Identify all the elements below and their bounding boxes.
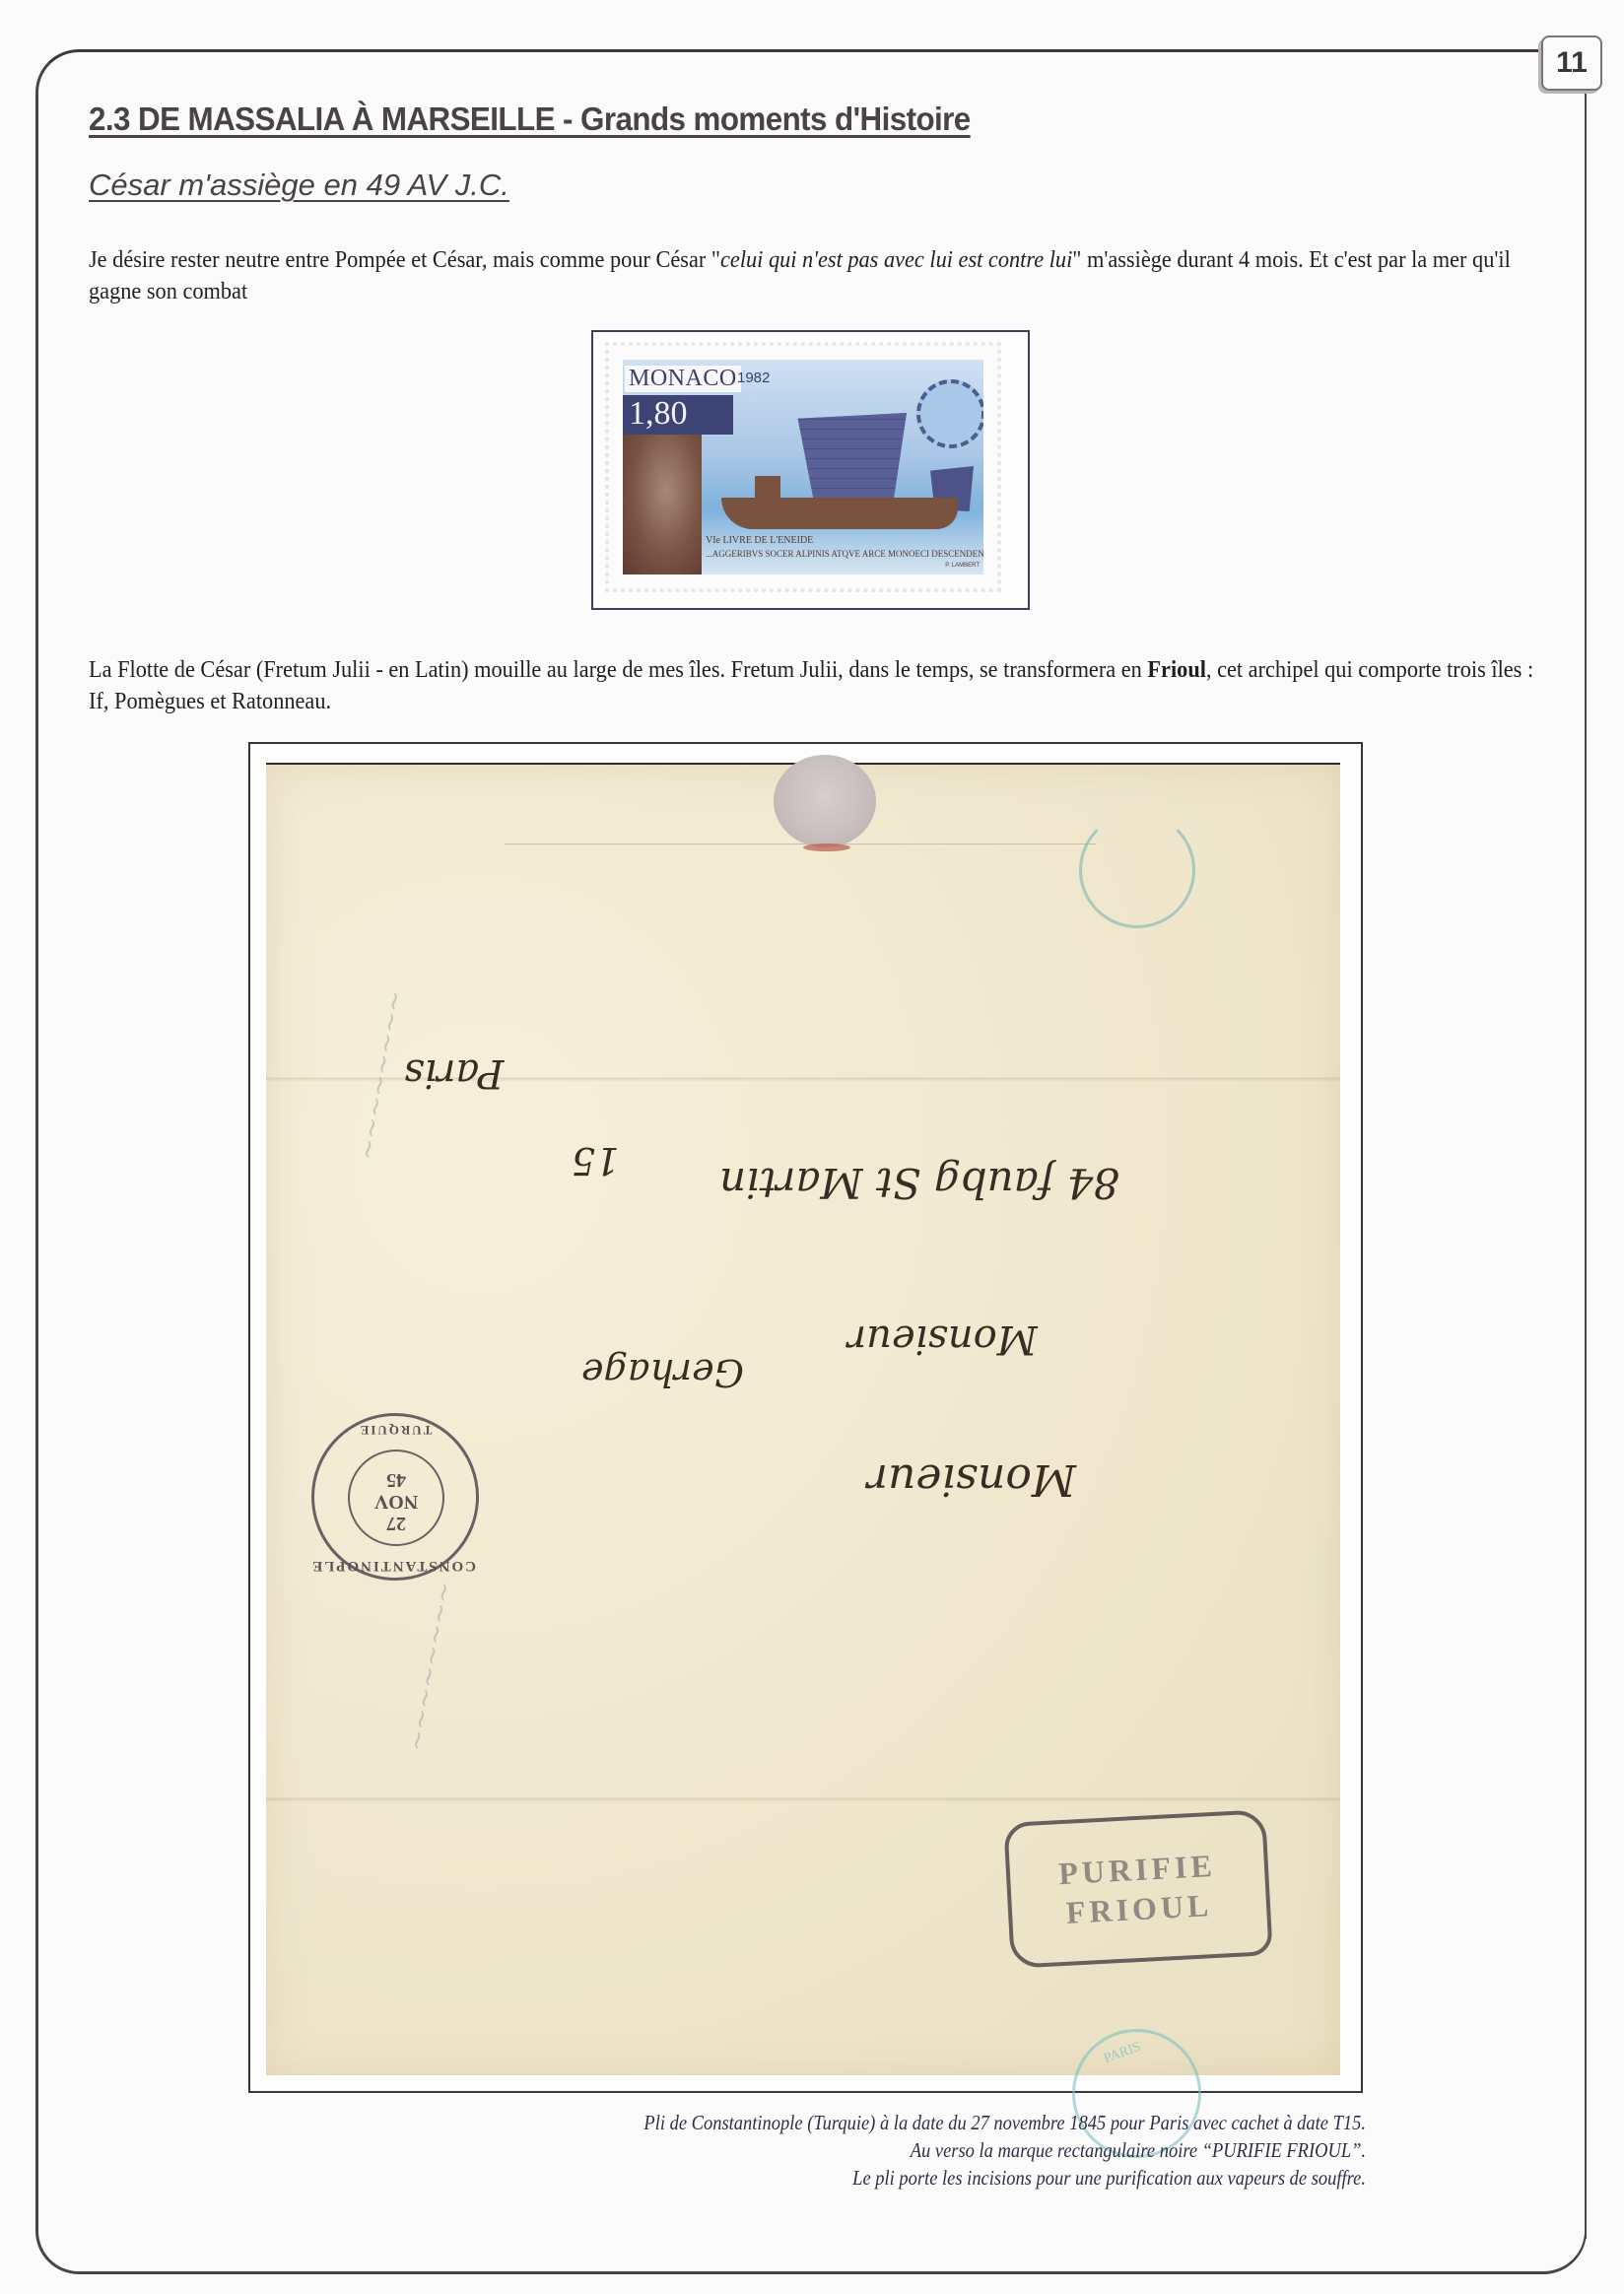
fold-line: [505, 843, 1096, 844]
postmark-date: 27 NOV 45: [348, 1469, 444, 1534]
fleet-text-before: La Flotte de César (Fretum Julii - en La…: [89, 657, 1147, 683]
faint-script: ~~~~~~~~: [401, 1580, 460, 1754]
postmark-day: 27: [348, 1513, 444, 1534]
address-line-paris: Paris: [404, 1050, 504, 1096]
stamp: MONACO 1982 1,80 VIe LIVRE DE L'ENEIDE .…: [605, 342, 1001, 592]
faint-script: ~~~~~~~~: [352, 988, 411, 1163]
address-line-street: 84 faubg St Martin: [719, 1159, 1119, 1207]
caption-line1: Pli de Constantinople (Turquie) à la dat…: [325, 2111, 1366, 2135]
intro-paragraph: Je désire rester neutre entre Pompée et …: [89, 244, 1546, 307]
wax-seal-icon: [774, 755, 876, 847]
purifie-line2: FRIOUL: [1065, 1885, 1213, 1932]
galley-sail-icon: [788, 413, 907, 507]
blue-postmark-top-icon: [1079, 812, 1195, 928]
purifie-frioul-mark: PURIFIE FRIOUL: [1003, 1809, 1272, 1969]
address-line-name: Gerhage: [581, 1351, 744, 1394]
caesar-portrait-icon: [623, 435, 702, 574]
galley-hull-icon: [721, 498, 958, 529]
virgil-medallion-icon: [916, 379, 983, 448]
postage-rating: 15: [572, 1139, 619, 1182]
intro-quote: celui qui n'est pas avec lui est contre …: [720, 247, 1072, 273]
stamp-value: 1,80: [629, 395, 688, 433]
page-title: 2.3 DE MASSALIA À MARSEILLE - Grands mom…: [89, 101, 971, 138]
fleet-highlight: Frioul: [1147, 657, 1206, 683]
intro-text-before: Je désire rester neutre entre Pompée et …: [89, 247, 720, 273]
address-line-monsieur-2: Monsieur: [867, 1454, 1076, 1505]
postmark-year: 45: [348, 1469, 444, 1491]
fleet-paragraph: La Flotte de César (Fretum Julii - en La…: [89, 654, 1546, 717]
postmark-ring-bottom: TURQUIE: [314, 1422, 476, 1438]
page-number: 11: [1541, 35, 1602, 91]
stamp-year: 1982: [737, 370, 770, 386]
letter-paper: ~~~~~~~~ ~~~~~~~~ Paris 84 faubg St Mart…: [266, 763, 1340, 2075]
postmark-month: NOV: [348, 1491, 444, 1513]
section-subtitle: César m'assiège en 49 AV J.C.: [89, 168, 509, 203]
letter-frame: ~~~~~~~~ ~~~~~~~~ Paris 84 faubg St Mart…: [248, 742, 1363, 2093]
page-frame-corner: [1541, 2229, 1587, 2274]
address-line-monsieur: Monsieur: [847, 1316, 1038, 1362]
stamp-caption-line1: VIe LIVRE DE L'ENEIDE: [706, 535, 813, 546]
page-frame-right-edge: [1585, 85, 1587, 2239]
caption-line2: Au verso la marque rectangulaire noire “…: [325, 2138, 1366, 2163]
red-wax-trace: [803, 843, 850, 851]
postmark-ring-top: CONSTANTINOPLE: [314, 1557, 476, 1574]
stamp-mount: MONACO 1982 1,80 VIe LIVRE DE L'ENEIDE .…: [591, 330, 1030, 610]
stamp-artwork: MONACO 1982 1,80 VIe LIVRE DE L'ENEIDE .…: [623, 360, 983, 574]
stamp-designer: P. LAMBERT: [945, 563, 980, 569]
stamp-country: MONACO: [625, 366, 741, 392]
caption-line3: Le pli porte les incisions pour une puri…: [325, 2166, 1366, 2191]
constantinople-postmark: CONSTANTINOPLE 27 NOV 45 TURQUIE: [311, 1413, 479, 1581]
stamp-caption-line2: ...AGGERIBVS SOCER ALPINIS ATQVE ARCE MO…: [706, 549, 983, 559]
